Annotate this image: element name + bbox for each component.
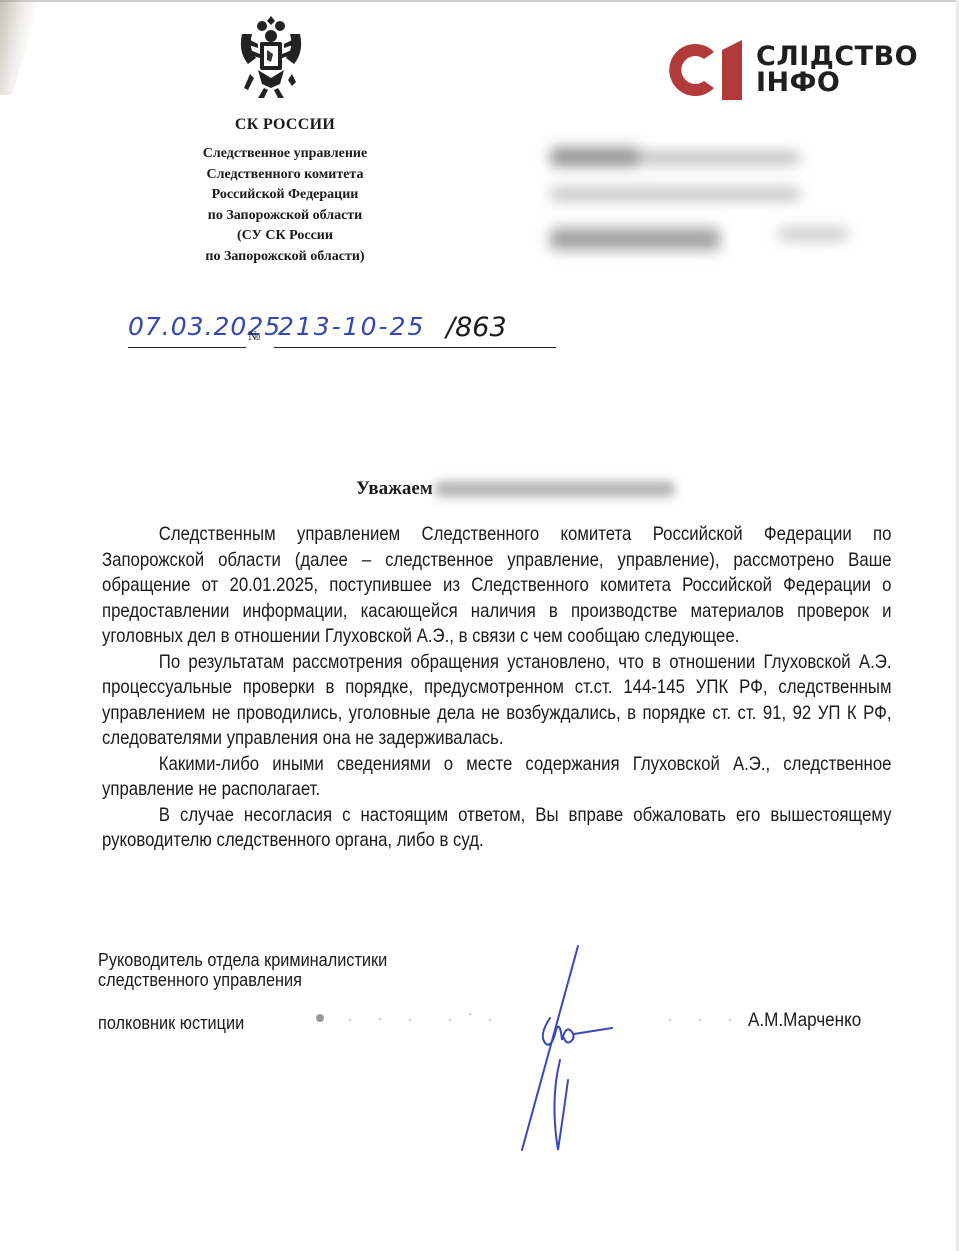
logo-line-2: ІНФО: [756, 70, 918, 96]
org-line: Следственного комитета: [150, 165, 420, 186]
org-line: Следственное управление: [150, 144, 420, 165]
body-paragraph: Какими-либо иными сведениями о месте сод…: [102, 752, 891, 803]
slidstvo-info-logo: СЛІДСТВО ІНФО: [666, 38, 918, 102]
org-line: (СУ СК России: [150, 226, 420, 247]
si-logo-mark-icon: [666, 38, 744, 102]
page-top-edge: [0, 0, 959, 2]
number-sign: №: [248, 328, 260, 344]
signatory-title-line: следственного управления: [98, 970, 387, 990]
org-line: по Запорожской области): [150, 247, 420, 268]
scan-smudge: [0, 0, 40, 95]
handwritten-number: 213-10-25: [278, 312, 425, 341]
org-line: Российской Федерации: [150, 185, 420, 206]
russian-coat-of-arms-icon: [236, 12, 306, 102]
body-paragraph: По результатам рассмотрения обращения ус…: [102, 650, 891, 752]
body-paragraph: Следственным управлением Следственного к…: [102, 522, 891, 650]
redacted-name: [435, 481, 675, 497]
salutation-text: Уважаем: [356, 478, 433, 500]
handwritten-signature: [500, 940, 680, 1160]
signatory-title-line: Руководитель отдела криминалистики: [98, 950, 387, 970]
salutation: Уважаем: [356, 478, 675, 500]
issuing-organization: СК РОССИИ Следственное управление Следст…: [150, 116, 420, 267]
letter-body: Следственным управлением Следственного к…: [102, 522, 891, 854]
handwritten-suffix: /863: [446, 312, 507, 343]
agency-name: СК РОССИИ: [150, 116, 420, 134]
signatory-rank: полковник юстиции: [98, 1012, 244, 1034]
signatory-name: А.М.Марченко: [748, 1010, 861, 1032]
signatory-title: Руководитель отдела криминалистики следс…: [98, 950, 387, 990]
date-underline: [128, 347, 246, 348]
redacted-addressee: [548, 140, 858, 270]
number-underline: [274, 347, 556, 348]
org-line: по Запорожской области: [150, 206, 420, 227]
body-paragraph: В случае несогласия с настоящим ответом,…: [102, 803, 891, 854]
